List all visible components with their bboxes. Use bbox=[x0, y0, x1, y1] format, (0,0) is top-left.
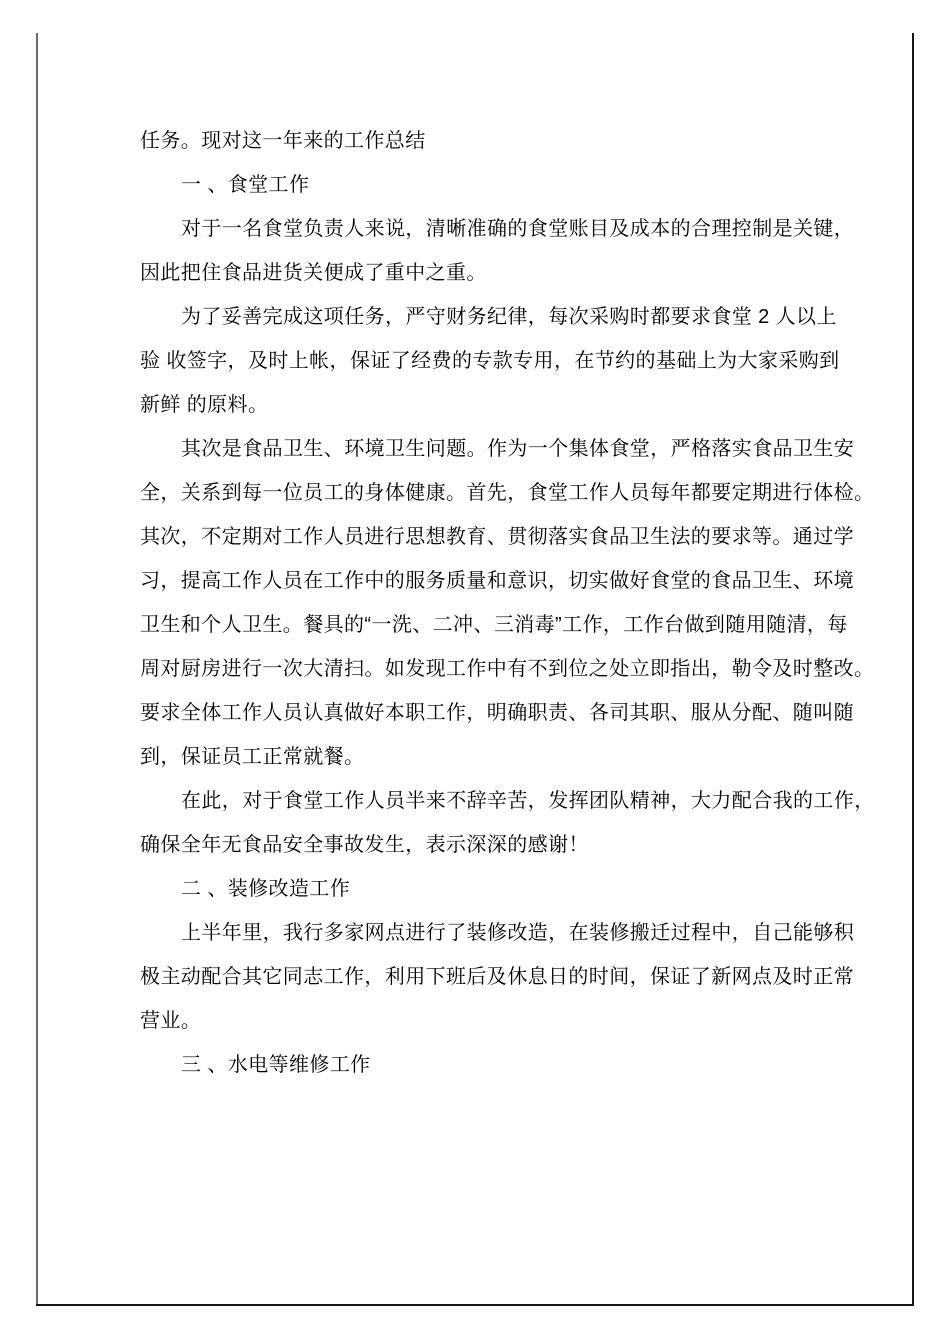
text-line: 新鲜 的原料。 bbox=[140, 383, 884, 427]
text-line: 验 收签字，及时上帐，保证了经费的专款专用，在节约的基础上为大家采购到 bbox=[140, 339, 884, 383]
text-line: 要求全体工作人员认真做好本职工作，明确职责、各司其职、服从分配、随叫随 bbox=[140, 691, 884, 735]
text-line: 到，保证员工正常就餐。 bbox=[140, 735, 884, 779]
text-line: 周对厨房进行一次大清扫。如发现工作中有不到位之处立即指出，勒令及时整改。 bbox=[140, 647, 884, 691]
section-heading: 一 、食堂工作 bbox=[140, 163, 884, 207]
text-line: 确保全年无食品安全事故发生，表示深深的感谢！ bbox=[140, 823, 884, 867]
text-line: 卫生和个人卫生。餐具的“一洗、二冲、三消毒”工作，工作台做到随用随清，每 bbox=[140, 603, 884, 647]
text-line: 习，提高工作人员在工作中的服务质量和意识，切实做好食堂的食品卫生、环境 bbox=[140, 559, 884, 603]
document-body: 任务。现对这一年来的工作总结一 、食堂工作对于一名食堂负责人来说，清晰准确的食堂… bbox=[140, 119, 884, 1087]
text-line: 营业。 bbox=[140, 999, 884, 1043]
text-line: 其次，不定期对工作人员进行思想教育、贯彻落实食品卫生法的要求等。通过学 bbox=[140, 515, 884, 559]
text-line: 对于一名食堂负责人来说，清晰准确的食堂账目及成本的合理控制是关键， bbox=[140, 207, 884, 251]
section-heading: 二 、装修改造工作 bbox=[140, 867, 884, 911]
text-line: 因此把住食品进货关便成了重中之重。 bbox=[140, 251, 884, 295]
text-line: 极主动配合其它同志工作，利用下班后及休息日的时间，保证了新网点及时正常 bbox=[140, 955, 884, 999]
document-page: 任务。现对这一年来的工作总结一 、食堂工作对于一名食堂负责人来说，清晰准确的食堂… bbox=[0, 0, 950, 1343]
text-line: 上半年里，我行多家网点进行了装修改造，在装修搬迁过程中，自己能够积 bbox=[140, 911, 884, 955]
text-line: 其次是食品卫生、环境卫生问题。作为一个集体食堂，严格落实食品卫生安 bbox=[140, 427, 884, 471]
text-line: 为了妥善完成这项任务，严守财务纪律，每次采购时都要求食堂 2 人以上 bbox=[140, 295, 884, 339]
page-border-right bbox=[912, 33, 914, 1306]
text-line: 全，关系到每一位员工的身体健康。首先，食堂工作人员每年都要定期进行体检。 bbox=[140, 471, 884, 515]
page-border-bottom bbox=[36, 1304, 914, 1306]
text-line: 在此，对于食堂工作人员半来不辞辛苦，发挥团队精神，大力配合我的工作， bbox=[140, 779, 884, 823]
page-border-left bbox=[36, 33, 38, 1306]
section-heading: 三 、水电等维修工作 bbox=[140, 1043, 884, 1087]
text-line: 任务。现对这一年来的工作总结 bbox=[140, 119, 884, 163]
